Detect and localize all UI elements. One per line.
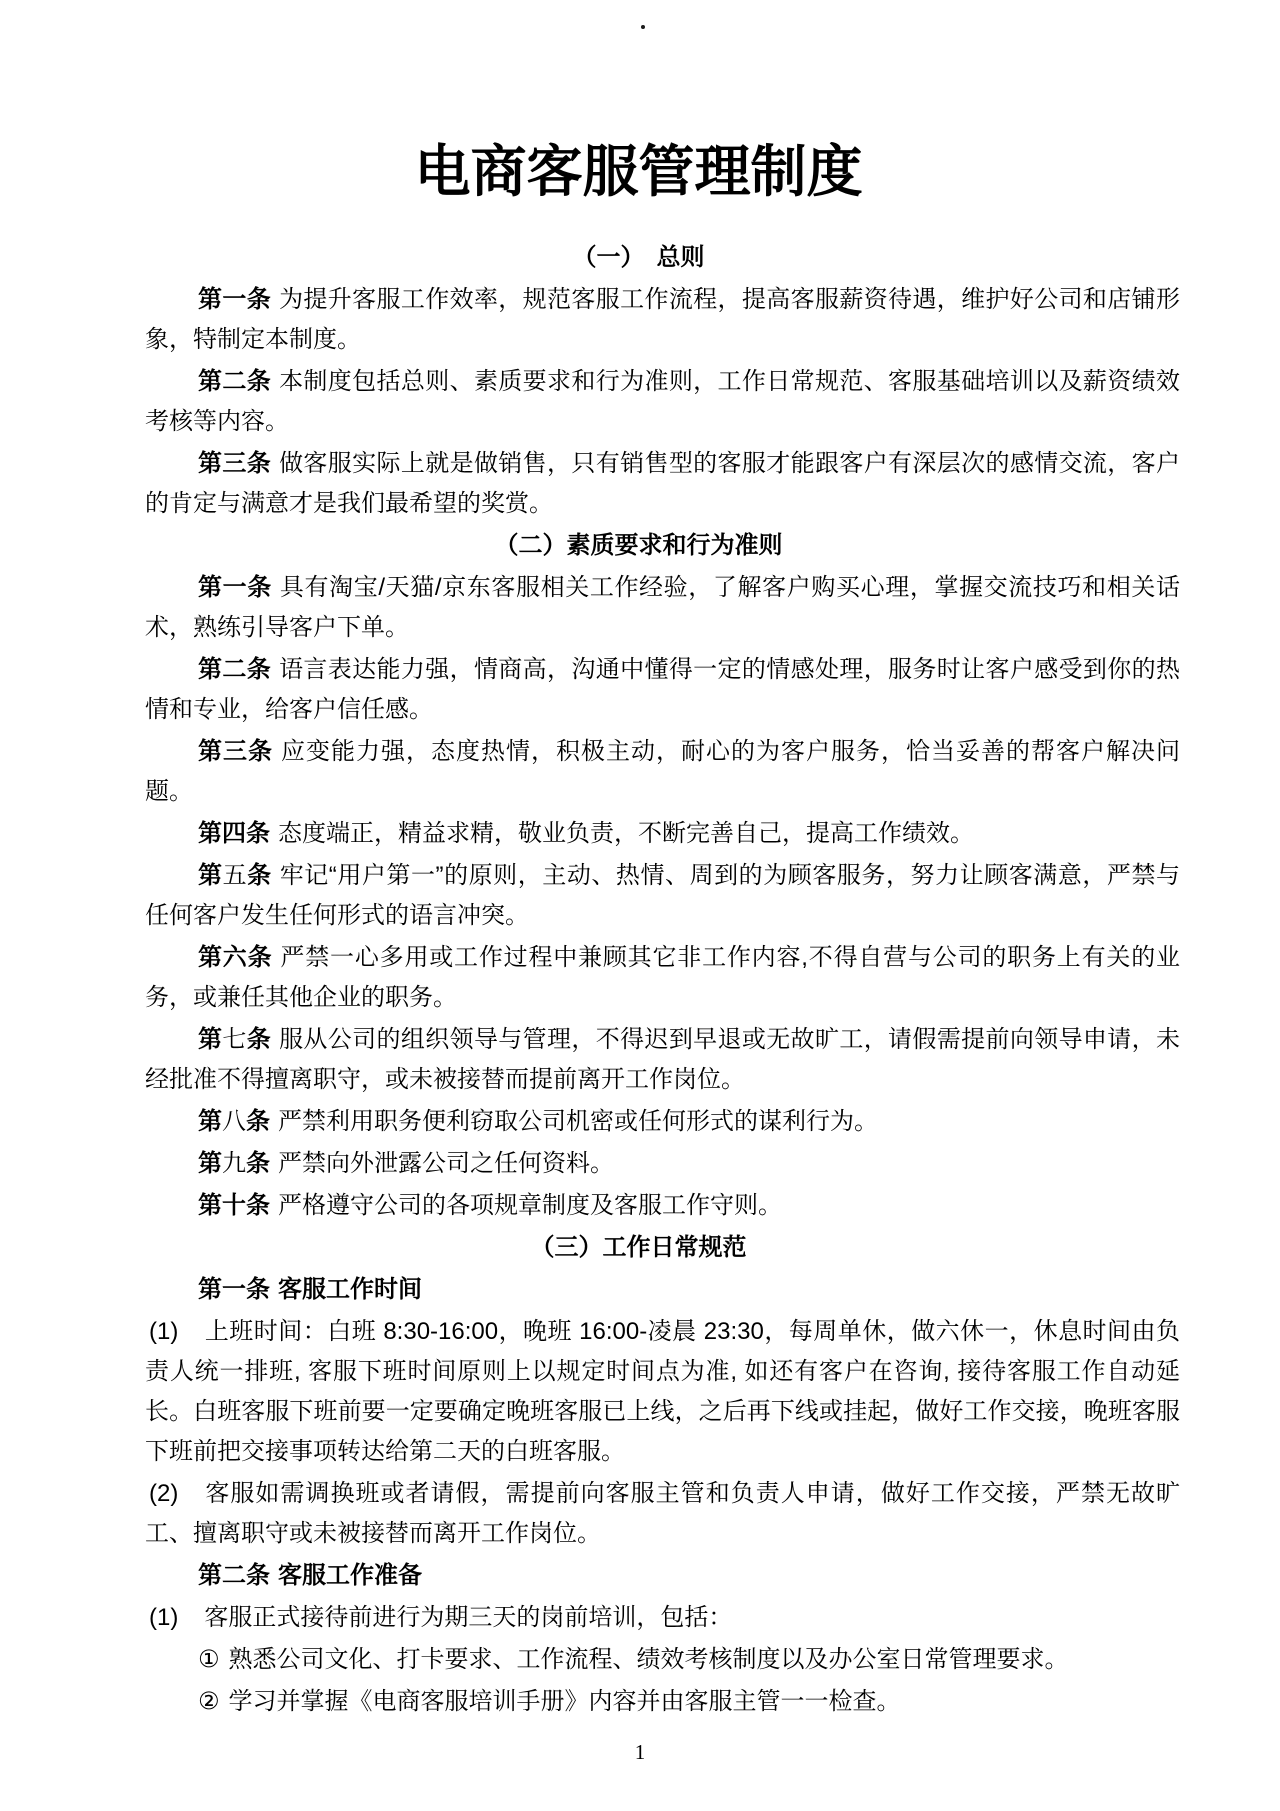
clause-text: 严禁利用职务便利窃取公司机密或任何形式的谋利行为。 [278,1108,878,1135]
s3-sub1-heading: 第一条客服工作时间 [145,1270,1180,1310]
clause-text: 牢记“用户第一”的原则，主动、热情、周到的为顾客服务，努力让顾客满意，严禁与任何… [145,862,1180,929]
s3-step-2: ②学习并掌握《电商客服培训手册》内容并由客服主管一一检查。 [145,1682,1180,1722]
s2-clause-9: 第九条严禁向外泄露公司之任何资料。 [145,1144,1180,1184]
clause-label-num: 七 [222,1027,246,1053]
page-number: 1 [635,1740,646,1764]
s3-sub2-item-1: (1)客服正式接待前进行为期三天的岗前培训，包括： [145,1598,1180,1638]
section-2-heading: （二）素质要求和行为准则 [121,526,1156,566]
clause-text: 严格遵守公司的各项规章制度及客服工作守则。 [278,1192,782,1219]
clause-label-pre: 第 [198,1108,222,1135]
clause-label: 第八条 [198,1108,270,1135]
clause-text: 为提升客服工作效率，规范客服工作流程，提高客服薪资待遇，维护好公司和店铺形象，特… [145,286,1180,353]
clause-label: 第四条 [198,820,270,847]
s1-clause-1: 第一条为提升客服工作效率，规范客服工作流程，提高客服薪资待遇，维护好公司和店铺形… [145,280,1180,360]
s2-clause-1: 第一条具有淘宝/天猫/京东客服相关工作经验，了解客户购买心理，掌握交流技巧和相关… [145,568,1180,648]
clause-text: 本制度包括总则、素质要求和行为准则，工作日常规范、客服基础培训以及薪资绩效考核等… [145,368,1180,435]
clause-label: 第五条 [198,862,272,889]
clause-label: 第二条 [198,1562,270,1589]
document-content: 电商客服管理制度 （一） 总则 第一条为提升客服工作效率，规范客服工作流程，提高… [0,0,1280,1722]
s3-sub1-item-1: (1)上班时间：白班 8:30-16:00，晚班 16:00-凌晨 23:30，… [145,1312,1180,1472]
clause-label: 第二条 [198,368,271,395]
clause-label: 第三条 [198,738,273,765]
document-title: 电商客服管理制度 [121,140,1156,204]
s2-clause-6: 第六条严禁一心多用或工作过程中兼顾其它非工作内容,不得自营与公司的职务上有关的业… [145,938,1180,1018]
clause-label-post: 条 [246,1108,270,1135]
s2-clause-8: 第八条严禁利用职务便利窃取公司机密或任何形式的谋利行为。 [145,1102,1180,1142]
clause-text: 语言表达能力强，情商高，沟通中懂得一定的情感处理，服务时让客户感受到你的热情和专… [145,656,1180,723]
step-text: 学习并掌握《电商客服培训手册》内容并由客服主管一一检查。 [229,1688,901,1715]
clause-label-num: 九 [222,1151,246,1177]
stray-dot [641,25,645,29]
s2-clause-3: 第三条应变能力强，态度热情，积极主动，耐心的为客户服务，恰当妥善的帮客户解决问题… [145,732,1180,812]
s1-clause-2: 第二条本制度包括总则、素质要求和行为准则，工作日常规范、客服基础培训以及薪资绩效… [145,362,1180,442]
clause-text: 严禁一心多用或工作过程中兼顾其它非工作内容,不得自营与公司的职务上有关的业务，或… [145,944,1180,1011]
section-3-heading: （三）工作日常规范 [121,1228,1156,1268]
s2-clause-2: 第二条语言表达能力强，情商高，沟通中懂得一定的情感处理，服务时让客户感受到你的热… [145,650,1180,730]
clause-text: 应变能力强，态度热情，积极主动，耐心的为客户服务，恰当妥善的帮客户解决问题。 [145,738,1180,805]
section-1-heading: （一） 总则 [121,238,1156,278]
item-marker: (2) [149,1480,178,1507]
clause-label: 第十条 [198,1192,270,1219]
item-marker: (1) [149,1318,178,1345]
clause-label: 第一条 [198,1276,270,1303]
clause-text: 态度端正，精益求精，敬业负责，不断完善自己，提高工作绩效。 [278,820,974,847]
clause-label: 第三条 [198,450,271,477]
s2-clause-7: 第七条服从公司的组织领导与管理，不得迟到早退或无故旷工，请假需提前向领导申请，未… [145,1020,1180,1100]
document-page: 电商客服管理制度 （一） 总则 第一条为提升客服工作效率，规范客服工作流程，提高… [0,0,1280,1811]
circled-number-icon: ① [198,1646,220,1673]
s3-sub2-heading: 第二条客服工作准备 [145,1556,1180,1596]
clause-label-num: 五 [223,863,248,889]
clause-text: 做客服实际上就是做销售，只有销售型的客服才能跟客户有深层次的感情交流，客户的肯定… [145,450,1180,517]
clause-label: 第一条 [198,574,272,601]
s3-sub1-item-2: (2)客服如需调换班或者请假，需提前向客服主管和负责人申请，做好工作交接，严禁无… [145,1474,1180,1554]
clause-label-pre: 第 [198,862,223,889]
s3-step-1: ①熟悉公司文化、打卡要求、工作流程、绩效考核制度以及办公室日常管理要求。 [145,1640,1180,1680]
step-text: 熟悉公司文化、打卡要求、工作流程、绩效考核制度以及办公室日常管理要求。 [229,1646,1069,1673]
clause-label: 第一条 [198,286,271,313]
sub-heading-title: 客服工作时间 [278,1276,422,1303]
clause-label: 第二条 [198,656,271,683]
clause-text: 具有淘宝/天猫/京东客服相关工作经验，了解客户购买心理，掌握交流技巧和相关话术，… [145,574,1180,641]
clause-label-post: 条 [246,1150,270,1177]
clause-label-pre: 第 [198,1150,222,1177]
clause-label: 第九条 [198,1150,270,1177]
clause-label-post: 条 [247,1026,271,1053]
item-text: 客服如需调换班或者请假，需提前向客服主管和负责人申请，做好工作交接，严禁无故旷工… [145,1480,1180,1547]
s2-clause-10: 第十条严格遵守公司的各项规章制度及客服工作守则。 [145,1186,1180,1226]
clause-text: 服从公司的组织领导与管理，不得迟到早退或无故旷工，请假需提前向领导申请，未经批准… [145,1026,1180,1093]
clause-label-num: 八 [222,1109,246,1135]
page-footer: 1 [0,1740,1280,1764]
clause-text: 严禁向外泄露公司之任何资料。 [278,1150,614,1177]
item-text: 客服正式接待前进行为期三天的岗前培训，包括： [204,1604,732,1631]
item-marker: (1) [149,1604,178,1631]
sub-heading-title: 客服工作准备 [278,1562,422,1589]
s2-clause-5: 第五条牢记“用户第一”的原则，主动、热情、周到的为顾客服务，努力让顾客满意，严禁… [145,856,1180,936]
s1-clause-3: 第三条做客服实际上就是做销售，只有销售型的客服才能跟客户有深层次的感情交流，客户… [145,444,1180,524]
circled-number-icon: ② [198,1688,220,1715]
clause-label: 第七条 [198,1026,271,1053]
clause-label-pre: 第 [198,1026,222,1053]
s2-clause-4: 第四条态度端正，精益求精，敬业负责，不断完善自己，提高工作绩效。 [145,814,1180,854]
clause-label: 第六条 [198,944,272,971]
clause-label-post: 条 [247,862,272,889]
item-text: 上班时间：白班 8:30-16:00，晚班 16:00-凌晨 23:30，每周单… [145,1318,1180,1465]
